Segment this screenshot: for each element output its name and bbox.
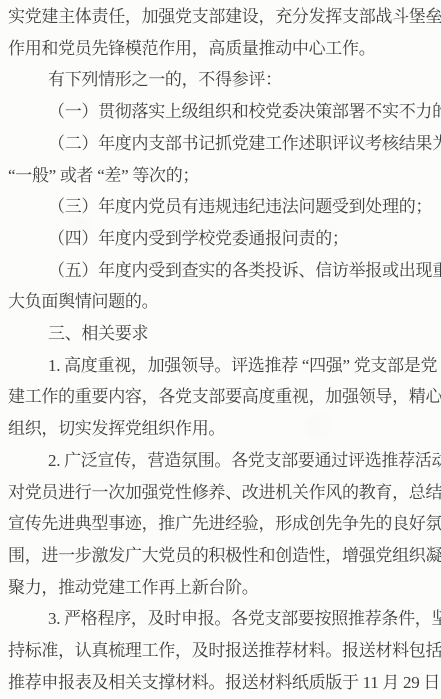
text-line: （二）年度内支部书记抓党建工作述职评议考核结果为: [8, 128, 436, 160]
text-line: 建工作的重要内容，各党支部要高度重视，加强领导，精心: [8, 381, 436, 413]
text-line: 作用和党员先锋模范作用，高质量推动中心工作。: [8, 33, 436, 65]
text-line: 对党员进行一次加强党性修养、改进机关作风的教育，总结: [8, 477, 436, 509]
text-line: 组织，切实发挥党组织作用。: [8, 413, 436, 445]
text-line: 宣传先进典型事迹，推广先进经验，形成创先争先的良好氛: [8, 508, 436, 540]
text-line: 有下列情形之一的，不得参评：: [8, 64, 436, 96]
text-line: 三、相关要求: [8, 318, 436, 350]
text-line: 围，进一步激发广大党员的积极性和创造性，增强党组织凝: [8, 540, 436, 572]
text-line: 实党建主体责任，加强党支部建设，充分发挥支部战斗堡垒: [8, 1, 436, 33]
text-line: （一）贯彻落实上级组织和校党委决策部署不实不力的；: [8, 96, 436, 128]
text-line: 推荐申报表及相关支撑材料。报送材料纸质版于 11 月 29 日: [8, 667, 436, 699]
text-line: 聚力，推动党建工作再上新台阶。: [8, 572, 436, 604]
document-page: 实党建主体责任，加强党支部建设，充分发挥支部战斗堡垒作用和党员先锋模范作用，高质…: [0, 0, 441, 699]
text-line: （四）年度内受到学校党委通报问责的；: [8, 223, 436, 255]
text-line: 2. 广泛宣传，营造氛围。各党支部要通过评选推荐活动，: [8, 445, 436, 477]
text-line: “一般” 或者 “差” 等次的；: [8, 160, 436, 192]
text-line: （三）年度内党员有违规违纪违法问题受到处理的；: [8, 191, 436, 223]
document-text: 实党建主体责任，加强党支部建设，充分发挥支部战斗堡垒作用和党员先锋模范作用，高质…: [8, 1, 436, 698]
text-line: 3. 严格程序，及时申报。各党支部要按照推荐条件，坚: [8, 603, 436, 635]
text-line: 1. 高度重视，加强领导。评选推荐 “四强” 党支部是党: [8, 350, 436, 382]
text-line: 持标准，认真梳理工作，及时报送推荐材料。报送材料包括：: [8, 635, 436, 667]
text-line: （五）年度内受到查实的各类投诉、信访举报或出现重: [8, 255, 436, 287]
text-line: 大负面舆情问题的。: [8, 286, 436, 318]
